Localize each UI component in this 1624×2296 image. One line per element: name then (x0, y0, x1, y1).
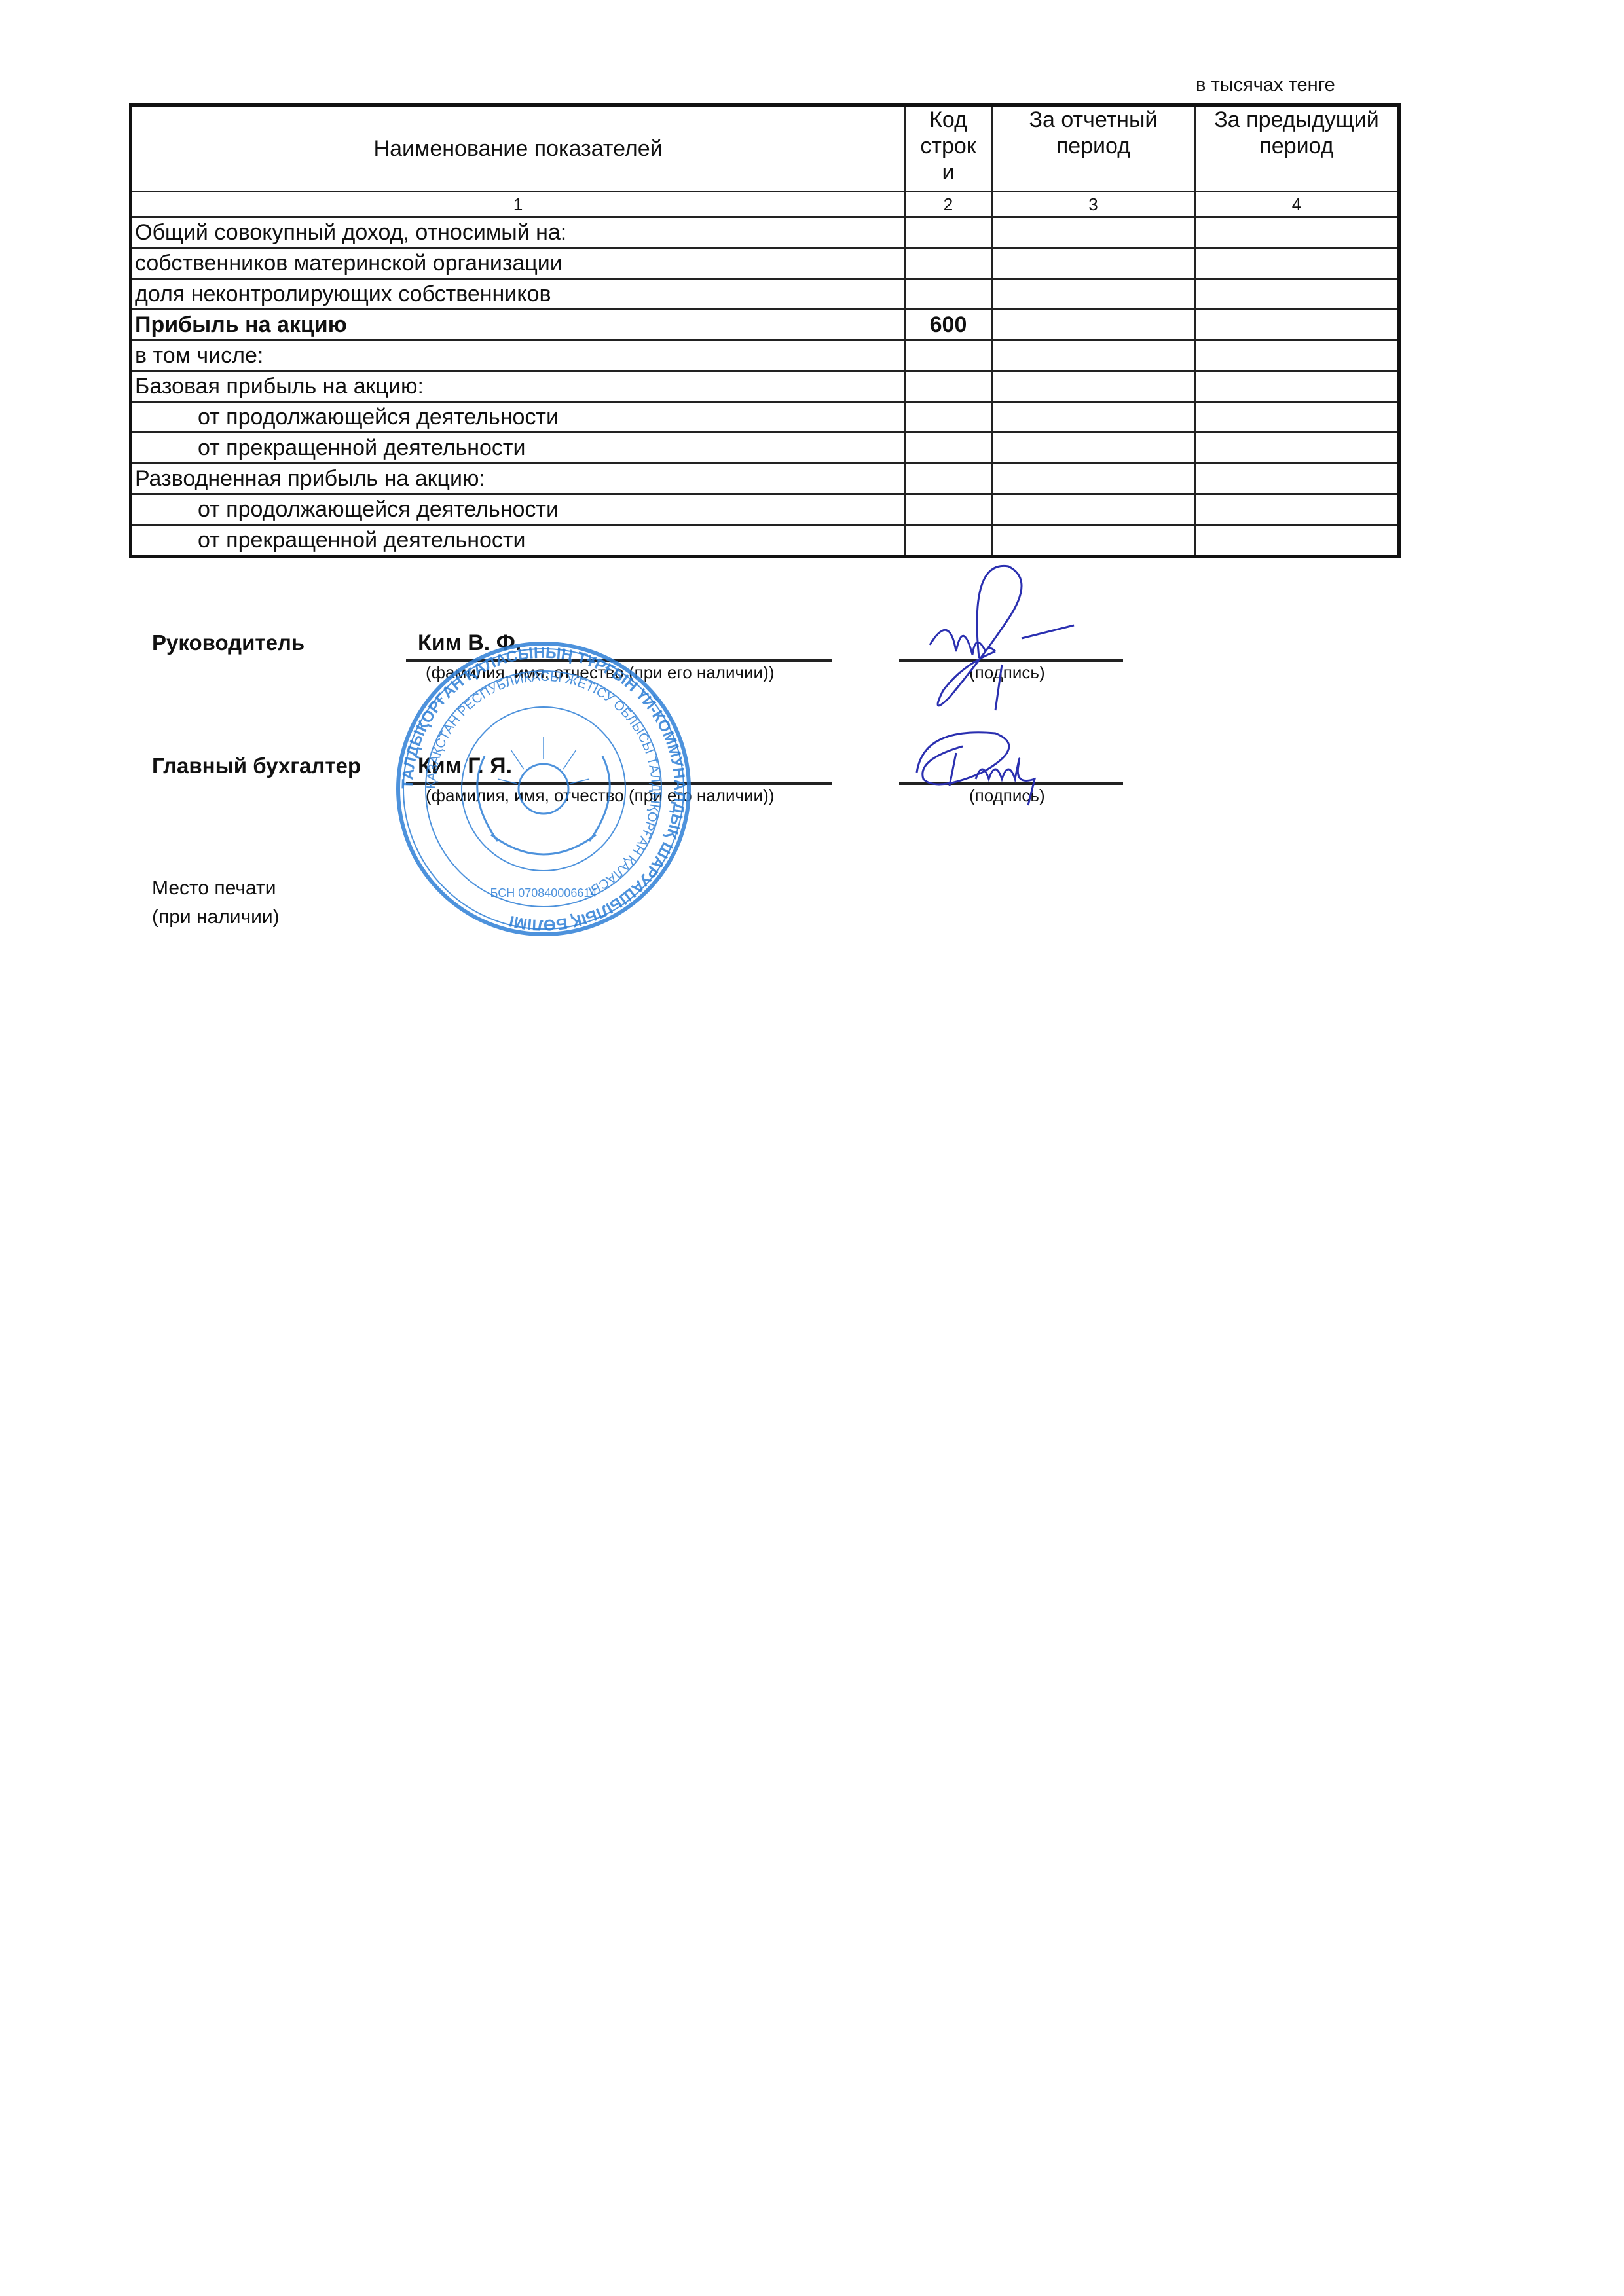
row-name: Прибыль на акцию (131, 310, 905, 340)
row-name: Общий совокупный доход, относимый на: (131, 217, 905, 248)
header-previous-text: За предыдущий период (1198, 107, 1395, 159)
table-row: от прекращенной деятельности (131, 433, 1399, 464)
row-code (905, 525, 992, 556)
director-role: Руководитель (152, 630, 304, 655)
stamp-place-line2: (при наличии) (152, 903, 280, 932)
table-row: Общий совокупный доход, относимый на: (131, 217, 1399, 248)
accountant-signature-icon (904, 720, 1100, 818)
row-name: собственников материнской организации (131, 248, 905, 279)
income-table: Наименование показателей Код строк и За … (129, 103, 1401, 558)
row-name: в том числе: (131, 340, 905, 371)
row-previous-value (1195, 217, 1399, 248)
row-current-value (991, 310, 1194, 340)
column-number: 4 (1195, 192, 1399, 217)
row-code (905, 402, 992, 433)
header-code: Код строк и (905, 105, 992, 192)
row-current-value (991, 402, 1194, 433)
table-body: Общий совокупный доход, относимый на:соб… (131, 217, 1399, 556)
column-number: 1 (131, 192, 905, 217)
row-previous-value (1195, 340, 1399, 371)
row-previous-value (1195, 371, 1399, 402)
row-name: Базовая прибыль на акцию: (131, 371, 905, 402)
row-code (905, 464, 992, 494)
column-number: 3 (991, 192, 1194, 217)
row-code (905, 494, 992, 525)
table-header-row: Наименование показателей Код строк и За … (131, 105, 1399, 192)
table-row: Прибыль на акцию600 (131, 310, 1399, 340)
row-code (905, 248, 992, 279)
row-name: доля неконтролирующих собственников (131, 279, 905, 310)
row-name: от продолжающейся деятельности (131, 494, 905, 525)
row-code (905, 279, 992, 310)
row-name: Разводненная прибыль на акцию: (131, 464, 905, 494)
header-name: Наименование показателей (131, 105, 905, 192)
table-row: от прекращенной деятельности (131, 525, 1399, 556)
row-previous-value (1195, 279, 1399, 310)
table-row: в том числе: (131, 340, 1399, 371)
row-code (905, 340, 992, 371)
table-row: Базовая прибыль на акцию: (131, 371, 1399, 402)
row-previous-value (1195, 525, 1399, 556)
row-previous-value (1195, 433, 1399, 464)
table-row: от продолжающейся деятельности (131, 494, 1399, 525)
table-row: от продолжающейся деятельности (131, 402, 1399, 433)
header-current-text: За отчетный период (1021, 107, 1165, 159)
row-current-value (991, 433, 1194, 464)
row-current-value (991, 494, 1194, 525)
row-current-value (991, 525, 1194, 556)
row-name: от прекращенной деятельности (131, 525, 905, 556)
row-code (905, 433, 992, 464)
row-previous-value (1195, 310, 1399, 340)
row-current-value (991, 217, 1194, 248)
header-current-period: За отчетный период (991, 105, 1194, 192)
header-previous-period: За предыдущий период (1195, 105, 1399, 192)
row-previous-value (1195, 402, 1399, 433)
row-code: 600 (905, 310, 992, 340)
table-row: доля неконтролирующих собственников (131, 279, 1399, 310)
official-stamp-icon: ТАЛДЫҚОРҒАН ҚАЛАСЫНЫҢ ТҰРҒЫН ҮЙ-КОММУНАЛ… (393, 638, 694, 939)
row-name: от продолжающейся деятельности (131, 402, 905, 433)
stamp-place-line1: Место печати (152, 874, 280, 903)
director-signature-icon (910, 553, 1107, 717)
units-note: в тысячах тенге (1196, 75, 1335, 96)
row-code (905, 371, 992, 402)
accountant-role: Главный бухгалтер (152, 754, 361, 778)
row-current-value (991, 340, 1194, 371)
stamp-inner-text: ҚАЗАҚСТАН РЕСПУБЛИКАСЫ ЖЕТІСУ ОБЛЫСЫ ТАЛ… (424, 670, 663, 898)
table-row: собственников материнской организации (131, 248, 1399, 279)
stamp-bin: БСН 070840006614 (490, 886, 597, 900)
row-code (905, 217, 992, 248)
row-previous-value (1195, 464, 1399, 494)
column-numbers-row: 1 2 3 4 (131, 192, 1399, 217)
table-row: Разводненная прибыль на акцию: (131, 464, 1399, 494)
row-previous-value (1195, 248, 1399, 279)
stamp-place-label: Место печати (при наличии) (152, 874, 280, 932)
row-current-value (991, 248, 1194, 279)
column-number: 2 (905, 192, 992, 217)
row-previous-value (1195, 494, 1399, 525)
row-name: от прекращенной деятельности (131, 433, 905, 464)
row-current-value (991, 371, 1194, 402)
row-current-value (991, 464, 1194, 494)
header-code-text: Код строк и (915, 107, 981, 185)
row-current-value (991, 279, 1194, 310)
